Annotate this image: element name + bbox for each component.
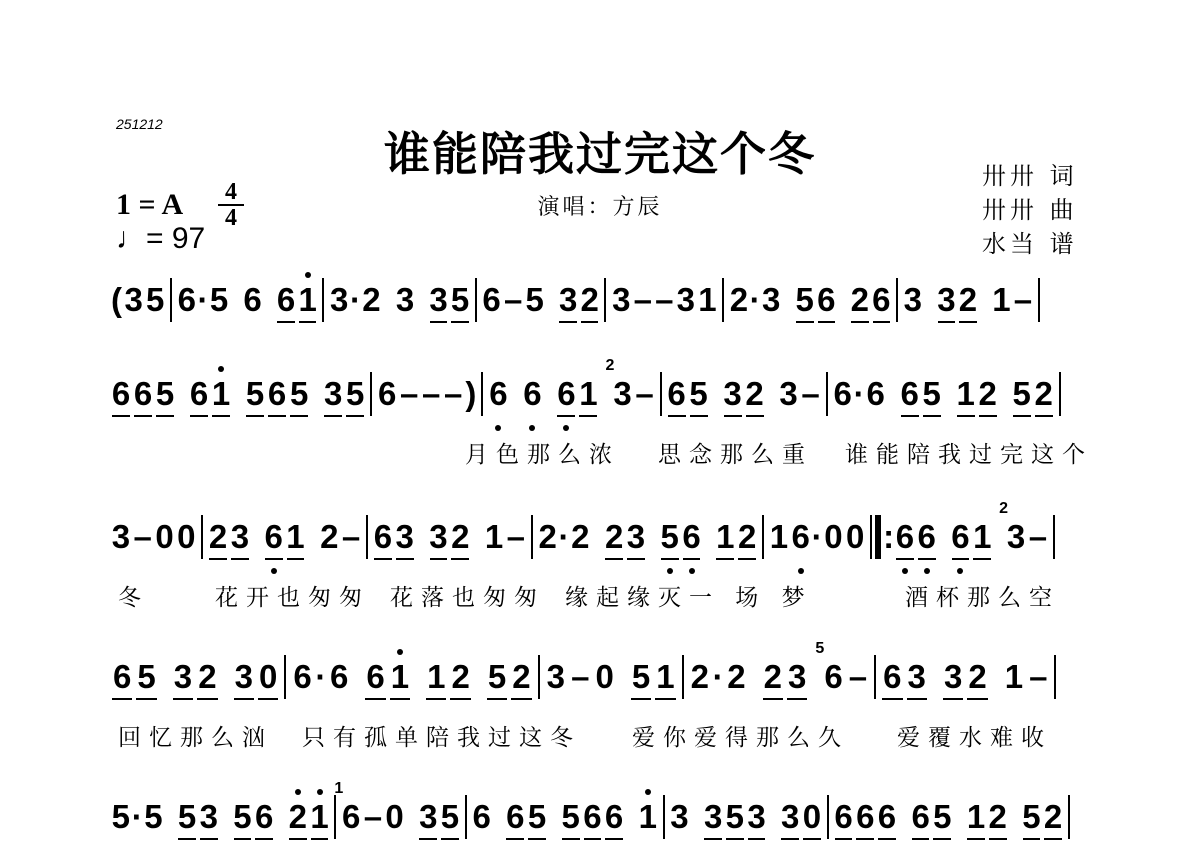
barline bbox=[475, 278, 477, 322]
barline bbox=[1054, 655, 1056, 699]
note: 3 bbox=[610, 278, 632, 322]
barline bbox=[1038, 278, 1040, 322]
note: 6 bbox=[950, 515, 972, 559]
note: 2 bbox=[195, 655, 219, 699]
note: 3 bbox=[760, 278, 782, 322]
lyrics-phrase: 思念那么重 bbox=[658, 436, 813, 469]
dash-extension: – bbox=[846, 655, 870, 699]
note: 3 bbox=[328, 278, 350, 322]
barline bbox=[370, 372, 372, 416]
note: 2 bbox=[1033, 372, 1055, 416]
dot-extension: · bbox=[198, 278, 209, 322]
low-octave-dot bbox=[689, 568, 695, 574]
grace-note: 2 bbox=[999, 501, 1008, 517]
note: 2 bbox=[509, 655, 533, 699]
dash-extension: – bbox=[442, 372, 464, 416]
note: 5 bbox=[1021, 795, 1043, 839]
note: 6 bbox=[854, 795, 876, 839]
dash-extension: – bbox=[1026, 655, 1050, 699]
note: 6 bbox=[372, 515, 394, 559]
note: 2 bbox=[569, 515, 591, 559]
note: 61 bbox=[340, 795, 362, 839]
lyrics-phrase: 爱你爱得那么久 bbox=[632, 719, 849, 752]
repeat-dots: : bbox=[883, 515, 894, 559]
note: 6 bbox=[110, 655, 134, 699]
note: 5 bbox=[439, 795, 461, 839]
note: 2 bbox=[849, 278, 871, 322]
note: 6 bbox=[110, 372, 132, 416]
note: 5 bbox=[208, 278, 230, 322]
barline bbox=[531, 515, 533, 559]
note: 6 bbox=[681, 515, 703, 559]
barline bbox=[762, 515, 764, 559]
note: 3 bbox=[557, 278, 579, 322]
low-octave-dot bbox=[667, 568, 673, 574]
barline bbox=[481, 372, 483, 416]
note: 3 bbox=[746, 795, 768, 839]
barline bbox=[604, 278, 606, 322]
barline bbox=[201, 515, 203, 559]
low-octave-dot bbox=[495, 425, 501, 431]
dot-extension: · bbox=[750, 278, 761, 322]
note: 5 bbox=[144, 278, 166, 322]
time-signature: 4 4 bbox=[218, 181, 244, 229]
dash-extension: – bbox=[634, 372, 656, 416]
note: 3 bbox=[394, 515, 416, 559]
grace-note: 5 bbox=[815, 641, 824, 657]
note: 0 bbox=[592, 655, 616, 699]
note: 5 bbox=[176, 795, 198, 839]
lyrics-phrase: 缘起缘灭一 场 梦 bbox=[565, 579, 813, 612]
note: 0 bbox=[175, 515, 197, 559]
note: 6 bbox=[603, 795, 625, 839]
low-octave-dot bbox=[924, 568, 930, 574]
note: 3 bbox=[110, 515, 132, 559]
note: 1 bbox=[653, 655, 677, 699]
low-octave-dot bbox=[798, 568, 804, 574]
note: 5 bbox=[485, 655, 509, 699]
note: 3 bbox=[232, 655, 256, 699]
note: 6 bbox=[910, 795, 932, 839]
high-octave-dot bbox=[305, 272, 311, 278]
note: 2 bbox=[579, 278, 601, 322]
note: 5 bbox=[143, 795, 165, 839]
lyrics-phrase: 只有孤单陪我过这冬 bbox=[302, 719, 581, 752]
lyrics-phrase: 冬 bbox=[118, 579, 149, 612]
note: 5 bbox=[526, 795, 548, 839]
notes-row: (356·56613·23356–5323––312·356263321– bbox=[110, 278, 1044, 328]
note: 3 bbox=[198, 795, 220, 839]
note: 6 bbox=[481, 278, 503, 322]
note: 3 bbox=[394, 278, 416, 322]
dash-extension: – bbox=[340, 515, 362, 559]
note: 0 bbox=[844, 515, 866, 559]
note: 5 bbox=[288, 372, 310, 416]
notes-row: 5·553562161–0356655661335330666651252 bbox=[110, 795, 1074, 845]
lyrics-phrase: 月色那么浓 bbox=[465, 436, 620, 469]
note: 5 bbox=[232, 795, 254, 839]
note: 0 bbox=[801, 795, 823, 839]
note: 6 bbox=[521, 372, 543, 416]
repeat-barline bbox=[875, 515, 881, 559]
note: 3 bbox=[702, 795, 724, 839]
note: 3 bbox=[322, 372, 344, 416]
note: 1 bbox=[1002, 655, 1026, 699]
note: 6 bbox=[871, 278, 893, 322]
high-octave-dot bbox=[645, 789, 651, 795]
composer-credit: 卅卅 曲 bbox=[982, 190, 1078, 225]
note: 3 bbox=[428, 515, 450, 559]
note: 3 bbox=[428, 278, 450, 322]
note: 1 bbox=[577, 372, 599, 416]
symbol: ) bbox=[464, 372, 477, 416]
barline bbox=[663, 795, 665, 839]
note: 1 bbox=[955, 372, 977, 416]
note: 3 bbox=[905, 655, 929, 699]
note: 6 bbox=[582, 795, 604, 839]
note: 0 bbox=[384, 795, 406, 839]
note: 6 bbox=[504, 795, 526, 839]
low-octave-dot bbox=[563, 425, 569, 431]
low-octave-dot bbox=[902, 568, 908, 574]
note: 5 bbox=[724, 795, 746, 839]
note: 6 bbox=[253, 795, 275, 839]
dash-extension: – bbox=[1027, 515, 1049, 559]
dash-extension: – bbox=[800, 372, 822, 416]
note: 5 bbox=[794, 278, 816, 322]
note: 2 bbox=[448, 655, 472, 699]
note: 2 bbox=[287, 795, 309, 839]
note: 2 bbox=[965, 655, 989, 699]
time-signature-bottom: 4 bbox=[218, 207, 244, 229]
dash-extension: – bbox=[398, 372, 420, 416]
note: 6 bbox=[188, 372, 210, 416]
note: 0 bbox=[823, 515, 845, 559]
barline bbox=[874, 655, 876, 699]
note: 5 bbox=[1011, 372, 1033, 416]
lyricist-credit: 卅卅 词 bbox=[982, 156, 1078, 191]
note: 3 bbox=[625, 515, 647, 559]
note: 2 bbox=[1042, 795, 1064, 839]
dot-extension: · bbox=[315, 655, 327, 699]
notes-row: 3–0023612–63321–2·223561216·00:666132– bbox=[110, 515, 1059, 565]
note: 2 bbox=[603, 515, 625, 559]
note: 5 bbox=[134, 655, 158, 699]
note: 5 bbox=[244, 372, 266, 416]
barline bbox=[1053, 515, 1055, 559]
note: 5 bbox=[560, 795, 582, 839]
note: 6 bbox=[132, 372, 154, 416]
note: 5 bbox=[524, 278, 546, 322]
double-barline bbox=[870, 515, 872, 559]
note: 5 bbox=[931, 795, 953, 839]
grace-note: 2 bbox=[605, 358, 614, 374]
note: 1 bbox=[991, 278, 1013, 322]
note: 2 bbox=[537, 515, 559, 559]
barline bbox=[170, 278, 172, 322]
note: 1 bbox=[714, 515, 736, 559]
barline bbox=[826, 372, 828, 416]
note: 3 bbox=[778, 372, 800, 416]
low-octave-dot bbox=[271, 568, 277, 574]
note: 2 bbox=[361, 278, 383, 322]
note: 3 bbox=[779, 795, 801, 839]
note: 2 bbox=[724, 655, 748, 699]
note: 3 bbox=[722, 372, 744, 416]
high-octave-dot bbox=[295, 789, 301, 795]
barline bbox=[1068, 795, 1070, 839]
low-octave-dot bbox=[529, 425, 535, 431]
high-octave-dot bbox=[218, 366, 224, 372]
note: 6 bbox=[263, 515, 285, 559]
note: 3 bbox=[941, 655, 965, 699]
lyrics-phrase: 花开也匆匆 bbox=[215, 579, 370, 612]
note: 5 bbox=[659, 515, 681, 559]
note: 3 bbox=[785, 655, 809, 699]
note: 6 bbox=[832, 372, 854, 416]
note: 1 bbox=[965, 795, 987, 839]
dash-extension: – bbox=[132, 515, 154, 559]
lyrics-phrase: 爱覆水难收 bbox=[897, 719, 1052, 752]
barline bbox=[366, 515, 368, 559]
barline bbox=[682, 655, 684, 699]
barline bbox=[1059, 372, 1061, 416]
note: 3 bbox=[171, 655, 195, 699]
dash-extension: – bbox=[362, 795, 384, 839]
note: 2 bbox=[761, 655, 785, 699]
note: 2 bbox=[736, 515, 758, 559]
note: 2 bbox=[318, 515, 340, 559]
note: 2 bbox=[977, 372, 999, 416]
note: 3 bbox=[936, 278, 958, 322]
note: 32 bbox=[1005, 515, 1027, 559]
note: 1 bbox=[285, 515, 307, 559]
note: 6 bbox=[242, 278, 264, 322]
note: 6 bbox=[290, 655, 314, 699]
dash-extension: – bbox=[568, 655, 592, 699]
note: 6 bbox=[487, 372, 509, 416]
dash-extension: – bbox=[502, 278, 524, 322]
note: 6 bbox=[865, 372, 887, 416]
note: 0 bbox=[256, 655, 280, 699]
note: 1 bbox=[483, 515, 505, 559]
tempo-marking: ♩= 97 bbox=[116, 222, 205, 256]
barline bbox=[334, 795, 336, 839]
note: 1 bbox=[210, 372, 232, 416]
note: 1 bbox=[424, 655, 448, 699]
note: 1 bbox=[309, 795, 331, 839]
note: 3 bbox=[544, 655, 568, 699]
dash-extension: – bbox=[1012, 278, 1034, 322]
dot-extension: · bbox=[812, 515, 823, 559]
note: 5 bbox=[688, 372, 710, 416]
note: 3 bbox=[669, 795, 691, 839]
note: 6 bbox=[376, 372, 398, 416]
symbol: ( bbox=[110, 278, 123, 322]
barline bbox=[722, 278, 724, 322]
lyrics-phrase: 回忆那么汹 bbox=[118, 719, 273, 752]
note: 6 bbox=[327, 655, 351, 699]
note: 2 bbox=[957, 278, 979, 322]
grace-note: 1 bbox=[334, 781, 343, 797]
note: 1 bbox=[297, 278, 319, 322]
note: 2 bbox=[688, 655, 712, 699]
dot-extension: · bbox=[559, 515, 570, 559]
note: 6 bbox=[880, 655, 904, 699]
dot-extension: · bbox=[712, 655, 724, 699]
note: 6 bbox=[876, 795, 898, 839]
note: 3 bbox=[229, 515, 251, 559]
note: 3 bbox=[902, 278, 924, 322]
lyrics-phrase: 花落也匆匆 bbox=[390, 579, 545, 612]
note: 6 bbox=[555, 372, 577, 416]
time-signature-top: 4 bbox=[218, 181, 244, 203]
barline bbox=[660, 372, 662, 416]
barline bbox=[284, 655, 286, 699]
dash-extension: – bbox=[654, 278, 676, 322]
note: 6 bbox=[833, 795, 855, 839]
note: 2 bbox=[744, 372, 766, 416]
dash-extension: – bbox=[505, 515, 527, 559]
low-octave-dot bbox=[957, 568, 963, 574]
key-signature: 1 = A bbox=[116, 188, 183, 222]
note: 1 bbox=[971, 515, 993, 559]
note: 32 bbox=[611, 372, 633, 416]
note: 5 bbox=[154, 372, 176, 416]
barline bbox=[827, 795, 829, 839]
note: 1 bbox=[768, 515, 790, 559]
note: 6 bbox=[471, 795, 493, 839]
lyrics-phrase: 酒杯那么空 bbox=[905, 579, 1060, 612]
notes-row: 6532306·66112523–0512·22365–63321– bbox=[110, 655, 1060, 705]
high-octave-dot bbox=[397, 649, 403, 655]
note: 6 bbox=[363, 655, 387, 699]
note: 2 bbox=[987, 795, 1009, 839]
note: 1 bbox=[637, 795, 659, 839]
note: 6 bbox=[899, 372, 921, 416]
barline bbox=[322, 278, 324, 322]
note: 3 bbox=[417, 795, 439, 839]
note: 5 bbox=[629, 655, 653, 699]
dot-extension: · bbox=[350, 278, 361, 322]
note: 6 bbox=[894, 515, 916, 559]
lyrics-phrase: 谁能陪我过完这个 bbox=[845, 436, 1093, 469]
note: 3 bbox=[675, 278, 697, 322]
note: 5 bbox=[344, 372, 366, 416]
dot-extension: · bbox=[132, 795, 143, 839]
note: 2 bbox=[728, 278, 750, 322]
note: 65 bbox=[821, 655, 845, 699]
transcriber-credit: 水当 谱 bbox=[982, 224, 1078, 259]
high-octave-dot bbox=[317, 789, 323, 795]
note: 6 bbox=[790, 515, 812, 559]
note: 1 bbox=[697, 278, 719, 322]
note: 6 bbox=[176, 278, 198, 322]
note: 0 bbox=[154, 515, 176, 559]
note: 6 bbox=[275, 278, 297, 322]
note: 2 bbox=[449, 515, 471, 559]
note: 5 bbox=[449, 278, 471, 322]
dot-extension: · bbox=[854, 372, 865, 416]
barline bbox=[465, 795, 467, 839]
note: 6 bbox=[916, 515, 938, 559]
dash-extension: – bbox=[420, 372, 442, 416]
note: 5 bbox=[921, 372, 943, 416]
note: 6 bbox=[816, 278, 838, 322]
note: 1 bbox=[388, 655, 412, 699]
notes-row: 66561565356–––)666132–65323–6·6651252 bbox=[110, 372, 1065, 422]
note: 5 bbox=[110, 795, 132, 839]
note: 6 bbox=[266, 372, 288, 416]
dash-extension: – bbox=[632, 278, 654, 322]
barline bbox=[896, 278, 898, 322]
note: 3 bbox=[123, 278, 145, 322]
note: 2 bbox=[207, 515, 229, 559]
barline bbox=[538, 655, 540, 699]
note: 6 bbox=[666, 372, 688, 416]
